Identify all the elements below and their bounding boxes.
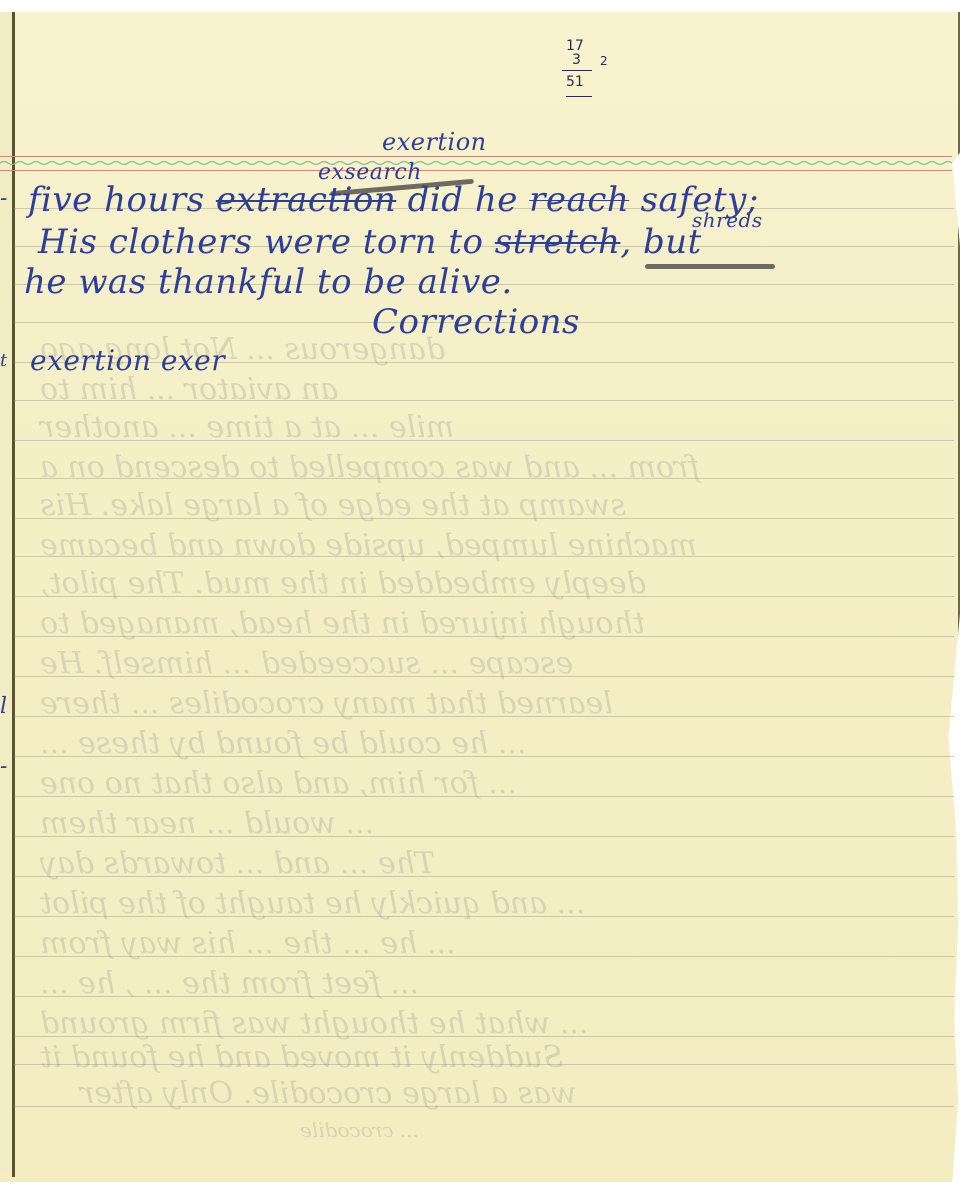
margin-fragment: - bbox=[0, 186, 7, 211]
red-header-rule bbox=[0, 170, 952, 171]
tally-multiplier: 3 bbox=[572, 52, 581, 68]
ghost-line: deeply embedded in the mud. The pilot, bbox=[40, 566, 646, 601]
ghost-line: ... he could be found by these ... bbox=[40, 726, 526, 761]
ghost-line: ... for him, and also that no one bbox=[40, 766, 517, 801]
line1-struck-word: extraction bbox=[216, 180, 396, 220]
line2-after: , but bbox=[620, 222, 701, 262]
ghost-line: ... crocodile bbox=[300, 1118, 419, 1142]
line2-before: His clothers were torn to bbox=[38, 222, 495, 262]
margin-fragment: l bbox=[0, 694, 7, 719]
line1-before: five hours bbox=[28, 180, 216, 220]
corrections-heading: Corrections bbox=[372, 302, 580, 342]
ghost-line: mile ... at a time ... another bbox=[40, 410, 454, 445]
correction-exertion: exertion bbox=[382, 128, 487, 156]
ghost-line: swamp at the edge of a large lake. His bbox=[40, 488, 626, 523]
ghost-line: though injured in the head, managed to bbox=[40, 606, 645, 641]
ghost-line: The ... and ... towards day bbox=[40, 846, 435, 881]
pencil-underline bbox=[645, 264, 775, 269]
text-line-2: His clothers were torn to stretch, but bbox=[38, 222, 702, 262]
margin-fragment: - bbox=[0, 754, 7, 779]
tally-result: 51 bbox=[566, 74, 584, 90]
text-line-1: five hours extraction did he reach safet… bbox=[28, 180, 759, 220]
ghost-line: escape ... succeeded ... himself. He bbox=[40, 646, 573, 681]
green-wavy-rule bbox=[0, 160, 952, 166]
ghost-line: ... would ... near them bbox=[40, 806, 374, 841]
tally-rule bbox=[562, 70, 592, 71]
ghost-line: ... and quickly he taught of the pilot bbox=[40, 886, 585, 921]
ghost-line: machine lumped, upside down and became bbox=[40, 528, 697, 563]
tally-superscript: 2 bbox=[600, 54, 608, 68]
ghost-line: learned that many crocodiles ... there bbox=[40, 686, 613, 721]
text-line-3: he was thankful to be alive. bbox=[24, 262, 513, 302]
red-header-rule-top bbox=[0, 156, 952, 157]
ghost-line: from ... and was compelled to descend on… bbox=[40, 450, 699, 485]
ghost-line: ... feet from the ... , he ... bbox=[40, 966, 419, 1001]
line1-reach: reach bbox=[529, 180, 629, 220]
ghost-line: ... what he thought was firm ground bbox=[40, 1006, 588, 1041]
line2-struck-word: stretch bbox=[495, 222, 621, 262]
correction-shreds: shreds bbox=[692, 208, 763, 232]
ghost-line: ... he ... the ... his way from bbox=[40, 926, 456, 961]
line1-after: did he bbox=[396, 180, 529, 220]
margin-fold-line bbox=[12, 12, 15, 1177]
ghost-line: was a large crocodile. Only after bbox=[80, 1076, 577, 1111]
ghost-line: Suddenly it moved and he found it bbox=[40, 1040, 563, 1075]
margin-fragment: t bbox=[0, 350, 7, 371]
ghost-line: an aviator ... him to bbox=[40, 372, 338, 407]
corrections-entry: exertion exer bbox=[30, 344, 225, 377]
tally-underline bbox=[566, 96, 592, 97]
